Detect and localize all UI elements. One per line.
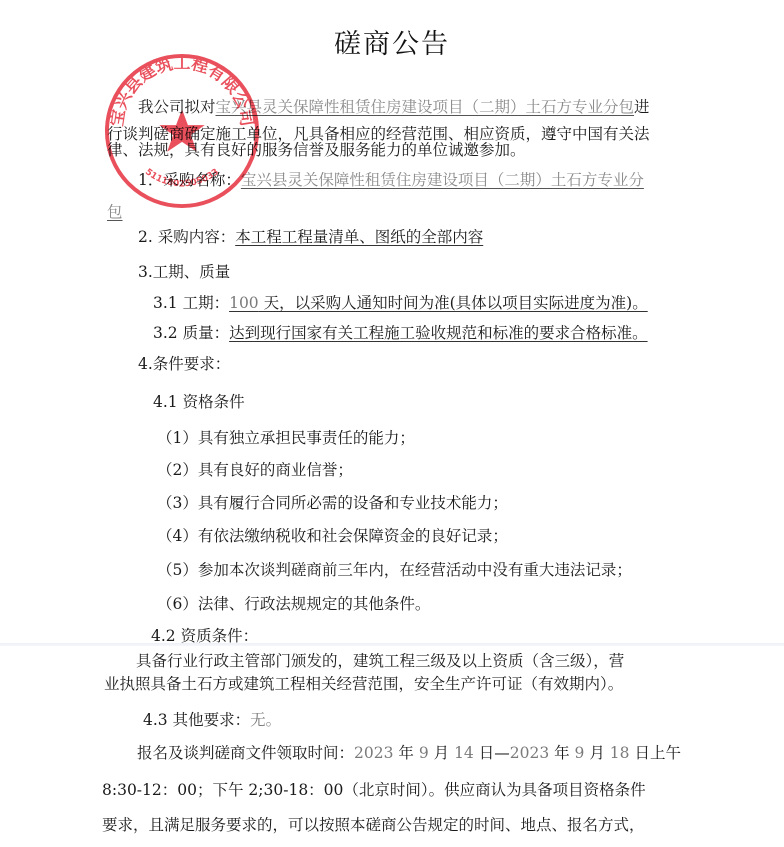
section-3-1-value: 100 天，以采购人通知时间为准(具体以项目实际进度为准)。 xyxy=(229,294,648,312)
end-day: 18 xyxy=(610,744,630,762)
section-4-2-line-2: 业执照具备土石方或建筑工程相关经营范围，安全生产许可证（有效期内）。 xyxy=(104,674,623,694)
start-month: 9 xyxy=(419,744,429,762)
section-3-2-label: 3.2 质量： xyxy=(153,324,229,342)
section-1-label: 1．采购名称： xyxy=(138,171,241,189)
section-2-procurement-content: 2. 采购内容：本工程工程量清单、图纸的全部内容 xyxy=(138,227,483,247)
section-3-2-quality: 3.2 质量：达到现行国家有关工程施工验收规范和标准的要求合格标准。 xyxy=(153,323,648,343)
section-4-heading: 4.条件要求： xyxy=(138,354,230,374)
section-4-3-other: 4.3 其他要求：无。 xyxy=(143,710,281,730)
intro-prefix: 我公司拟对 xyxy=(138,98,216,116)
unit-month: 月 xyxy=(429,744,454,762)
registration-line-1: 报名及谈判磋商文件领取时间：2023 年 9 月 14 日—2023 年 9 月… xyxy=(137,743,681,763)
section-2-label: 2. 采购内容： xyxy=(138,228,235,246)
qualification-item-6: （6）法律、行政法规规定的其他条件。 xyxy=(157,594,430,614)
document-page: 磋商公告 我公司拟对宝兴县灵关保障性租赁住房建设项目（二期）土石方专业分包进 行… xyxy=(0,0,784,847)
start-year: 2023 xyxy=(354,744,393,762)
section-2-value: 本工程工程量清单、图纸的全部内容 xyxy=(235,228,483,246)
unit-day-start: 日— xyxy=(474,744,510,762)
end-month: 9 xyxy=(575,744,585,762)
intro-suffix: 进 xyxy=(634,98,650,116)
intro-line-1: 我公司拟对宝兴县灵关保障性租赁住房建设项目（二期）土石方专业分包进 xyxy=(138,97,650,117)
section-4-1-heading: 4.1 资格条件 xyxy=(153,392,245,412)
section-3-1-duration: 3.1 工期：100 天，以采购人通知时间为准(具体以项目实际进度为准)。 xyxy=(153,293,648,313)
unit-month-2: 月 xyxy=(584,744,609,762)
registration-line-2: 8:30-12：00；下午 2;30-18：00（北京时间）。供应商认为具备项目… xyxy=(102,780,646,800)
unit-year: 年 xyxy=(393,744,418,762)
qualification-item-5: （5）参加本次谈判磋商前三年内，在经营活动中没有重大违法记录； xyxy=(157,560,632,580)
page-title: 磋商公告 xyxy=(0,22,784,61)
section-1-procurement-name: 1．采购名称：宝兴县灵关保障性租赁住房建设项目（二期）土石方专业分 xyxy=(138,170,644,190)
section-1-continuation: 包 xyxy=(107,202,123,222)
qualification-item-1: （1）具有独立承担民事责任的能力； xyxy=(157,428,415,448)
section-1-value: 宝兴县灵关保障性租赁住房建设项目（二期）土石方专业分 xyxy=(241,171,644,189)
page-break-divider xyxy=(0,643,784,646)
intro-line-3: 律、法规，具有良好的服务信誉及服务能力的单位诚邀参加。 xyxy=(107,140,526,160)
project-name: 宝兴县灵关保障性租赁住房建设项目（二期）土石方专业分包 xyxy=(216,98,635,116)
section-1-value-cont: 包 xyxy=(107,203,123,221)
unit-day-end: 日上午 xyxy=(630,744,681,762)
section-4-2-line-1: 具备行业行政主管部门颁发的，建筑工程三级及以上资质（含三级），营 xyxy=(136,651,624,671)
registration-label: 报名及谈判磋商文件领取时间： xyxy=(137,744,354,762)
unit-year-2: 年 xyxy=(549,744,574,762)
qualification-item-4: （4）有依法缴纳税收和社会保障资金的良好记录； xyxy=(157,526,508,546)
section-3-1-label: 3.1 工期： xyxy=(153,294,229,312)
duration-text: 天，以采购人通知时间为准(具体以项目实际进度为准)。 xyxy=(259,294,648,312)
section-4-3-value: 无。 xyxy=(250,711,281,729)
start-day: 14 xyxy=(454,744,474,762)
section-3-2-value: 达到现行国家有关工程施工验收规范和标准的要求合格标准。 xyxy=(229,324,648,342)
section-4-3-label: 4.3 其他要求： xyxy=(143,711,250,729)
qualification-item-2: （2）具有良好的商业信誉； xyxy=(157,460,353,480)
duration-days: 100 xyxy=(229,294,259,312)
registration-line-3: 要求，且满足服务要求的，可以按照本磋商公告规定的时间、地点、报名方式， xyxy=(102,815,645,835)
end-year: 2023 xyxy=(510,744,549,762)
qualification-item-3: （3）具有履行合同所必需的设备和专业技术能力； xyxy=(157,493,508,513)
section-3-heading: 3.工期、质量 xyxy=(138,262,230,282)
